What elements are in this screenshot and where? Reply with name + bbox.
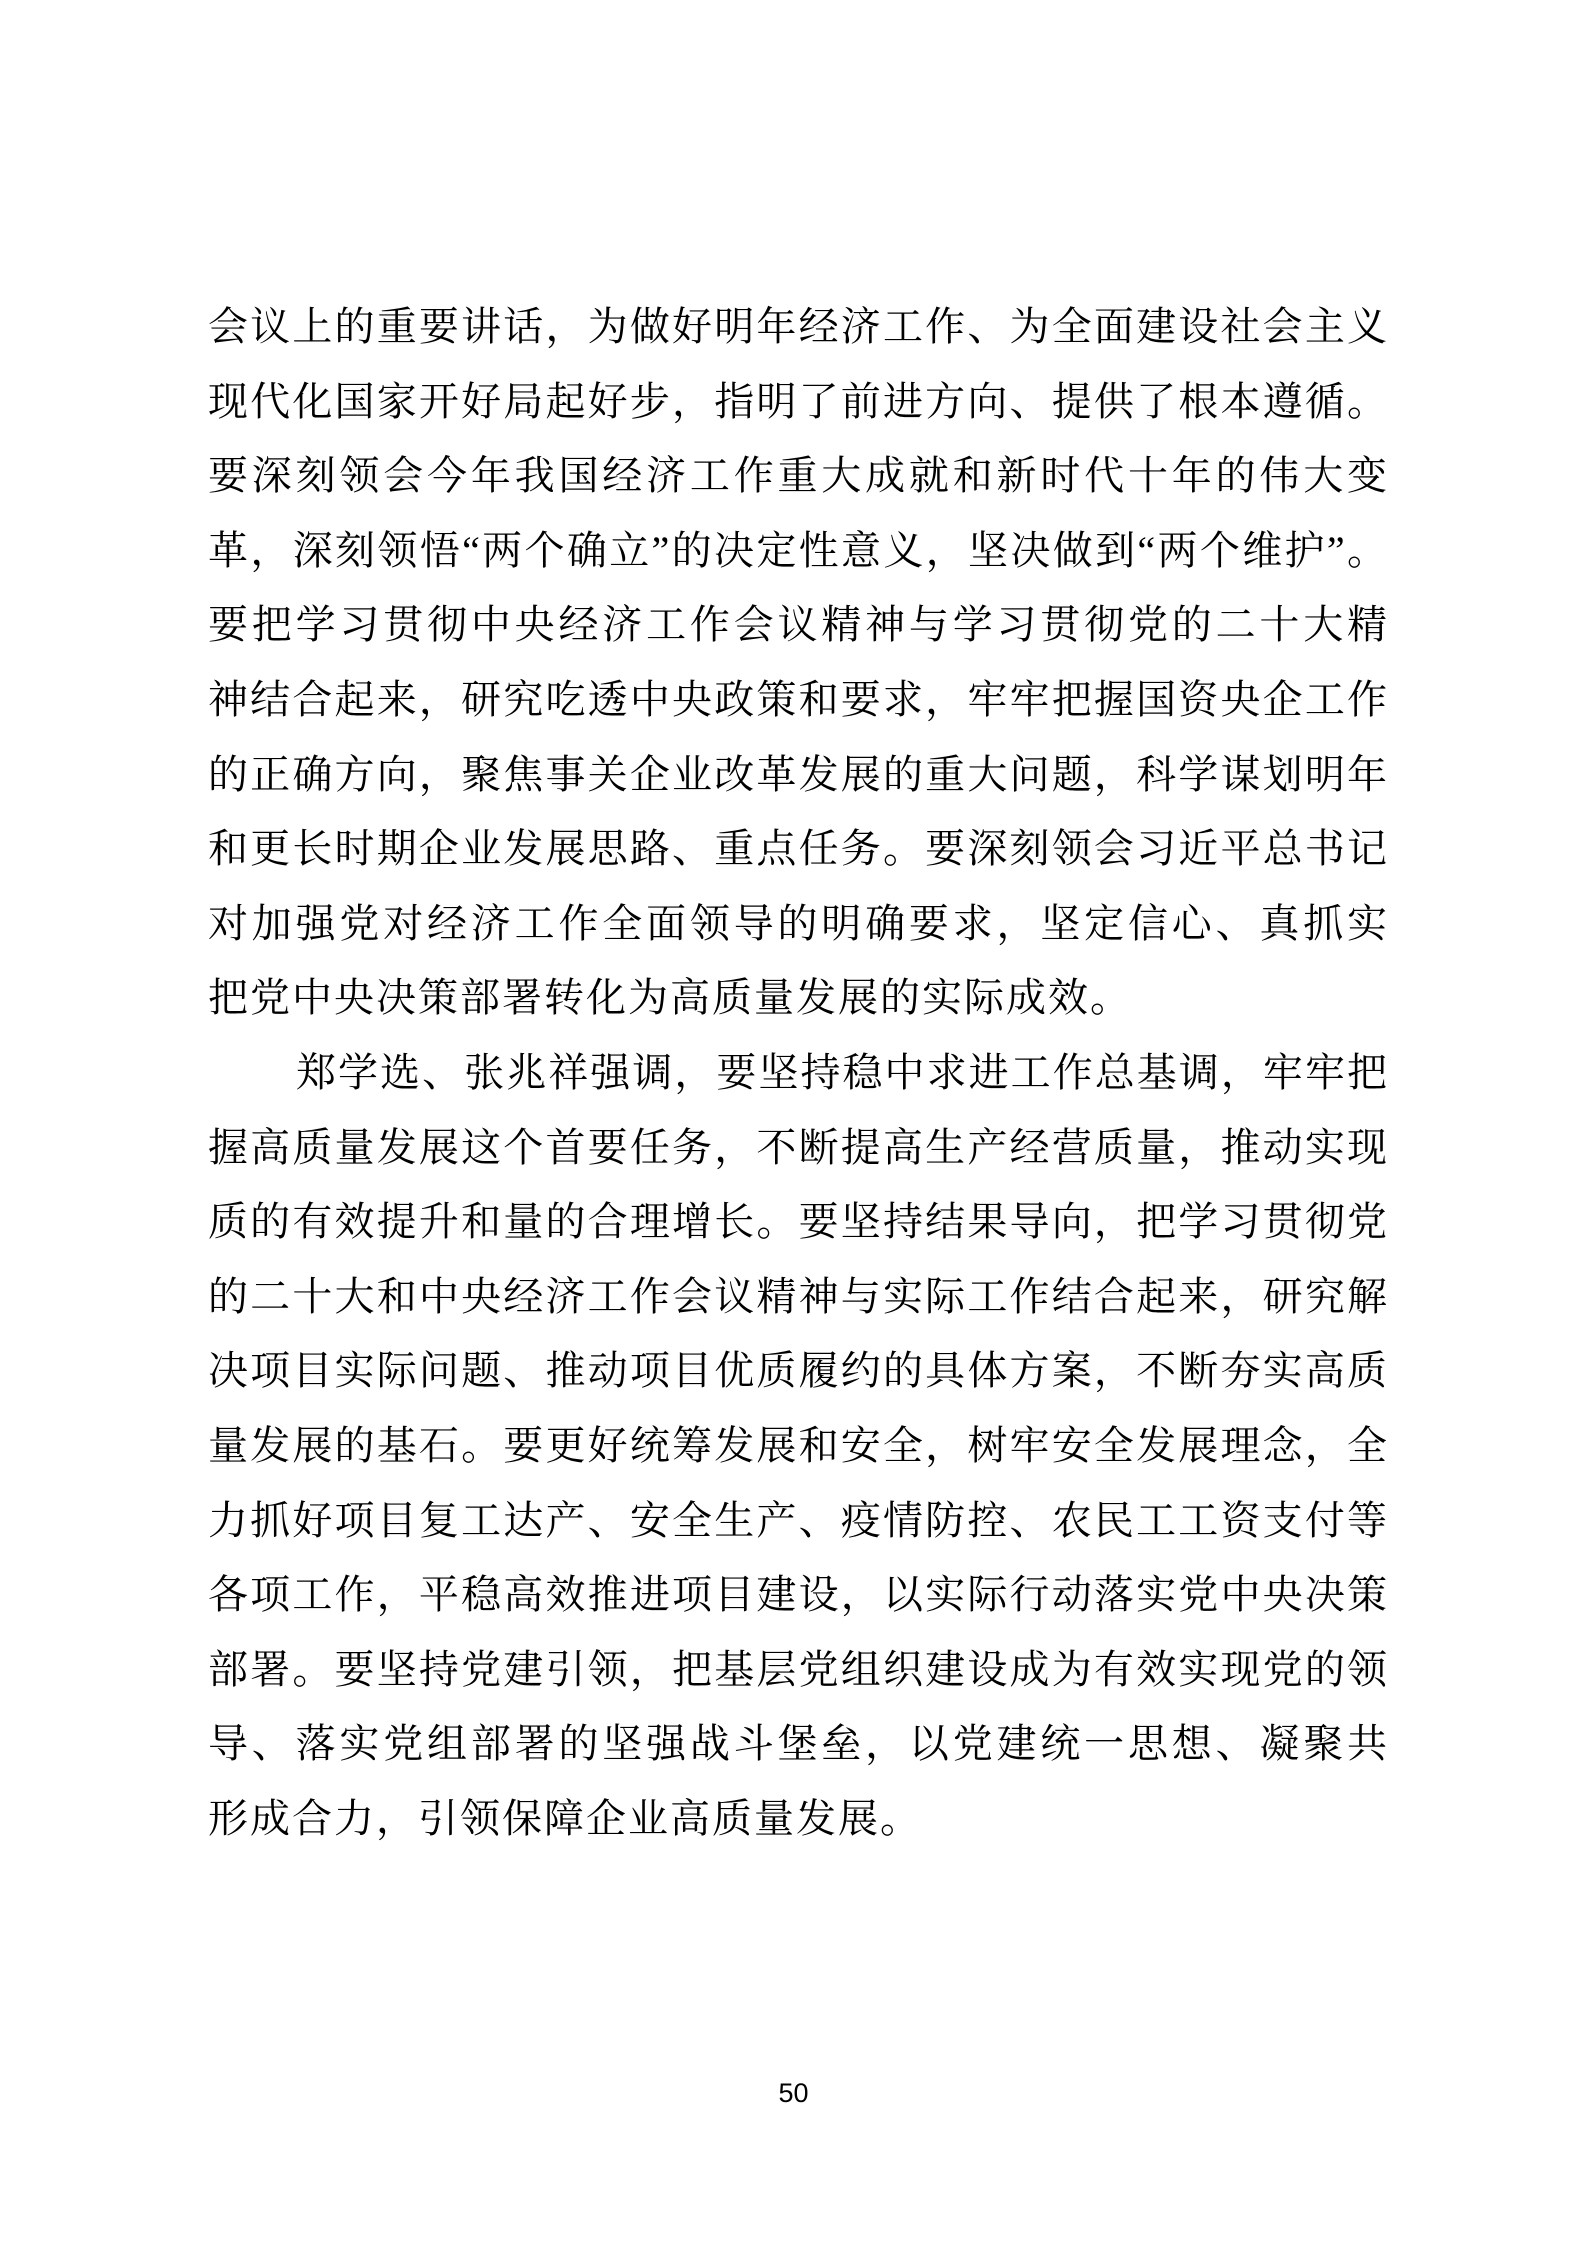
text-line: 质的有效提升和量的合理增长。要坚持结果导向，把学习贯彻党 [208,1185,1389,1260]
text-line: 现代化国家开好局起好步，指明了前进方向、提供了根本遵循。 [208,365,1389,440]
text-line: 要深刻领会今年我国经济工作重大成就和新时代十年的伟大变 [208,439,1389,514]
text-line: 郑学选、张兆祥强调，要坚持稳中求进工作总基调，牢牢把 [208,1036,1389,1111]
text-line: 导、落实党组部署的坚强战斗堡垒，以党建统一思想、凝聚共识、 [208,1707,1389,1782]
text-line: 会议上的重要讲话，为做好明年经济工作、为全面建设社会主义 [208,290,1389,365]
text-line: 的二十大和中央经济工作会议精神与实际工作结合起来，研究解 [208,1260,1389,1335]
text-line: 决项目实际问题、推动项目优质履约的具体方案，不断夯实高质 [208,1334,1389,1409]
text-line: 和更长时期企业发展思路、重点任务。要深刻领会习近平总书记 [208,812,1389,887]
document-page: 会议上的重要讲话，为做好明年经济工作、为全面建设社会主义现代化国家开好局起好步，… [0,0,1587,2245]
page-number: 50 [778,2078,808,2108]
text-line: 各项工作，平稳高效推进项目建设，以实际行动落实党中央决策 [208,1558,1389,1633]
text-line: 神结合起来，研究吃透中央政策和要求，牢牢把握国资央企工作 [208,663,1389,738]
text-line: 握高质量发展这个首要任务，不断提高生产经营质量，推动实现 [208,1111,1389,1186]
text-line: 对加强党对经济工作全面领导的明确要求，坚定信心、真抓实干， [208,887,1389,962]
page-footer: 50 [0,2078,1587,2109]
text-line: 的正确方向，聚焦事关企业改革发展的重大问题，科学谋划明年 [208,738,1389,813]
text-line: 形成合力，引领保障企业高质量发展。 [208,1782,1389,1857]
text-line: 部署。要坚持党建引领，把基层党组织建设成为有效实现党的领 [208,1633,1389,1708]
text-line: 把党中央决策部署转化为高质量发展的实际成效。 [208,961,1389,1036]
text-line: 量发展的基石。要更好统筹发展和安全，树牢安全发展理念，全 [208,1409,1389,1484]
text-line: 革，深刻领悟“两个确立”的决定性意义，坚决做到“两个维护”。 [208,514,1389,589]
text-line: 要把学习贯彻中央经济工作会议精神与学习贯彻党的二十大精 [208,588,1389,663]
text-line: 力抓好项目复工达产、安全生产、疫情防控、农民工工资支付等 [208,1484,1389,1559]
body-text: 会议上的重要讲话，为做好明年经济工作、为全面建设社会主义现代化国家开好局起好步，… [208,290,1389,1856]
